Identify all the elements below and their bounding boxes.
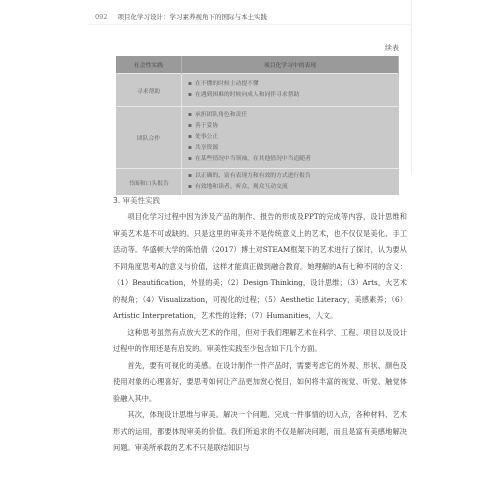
running-header: 092 项目化学习设计：学习素养视角下的国际与本土实践	[95, 12, 267, 21]
body-text: 项目化学习过程中因为涉及产品的制作、报告的形成及PPT的完成等内容，设计思维和审…	[113, 209, 407, 457]
bullet-item: 共享资源	[188, 143, 393, 154]
items-cell: 承担团队角色和责任 善于妥协 处事公正 共享资源 在某些情况中当领袖，在其他情况…	[182, 107, 399, 169]
bullet-item: 处事公正	[188, 132, 393, 143]
items-cell: 以正确的、富有表现力和有效的方式进行报告 有效地和读者、听众、观众互动交流	[182, 169, 399, 196]
category-cell: 寻求帮助	[116, 74, 182, 107]
category-cell: 书面和口头报告	[116, 169, 182, 196]
bullet-item: 在不懂的时候主动提不懂	[188, 79, 393, 90]
bullet-item: 善于妥协	[188, 121, 393, 132]
table-header-row: 社会性实践 项目化学习中的表现	[116, 56, 399, 74]
bullet-item: 承担团队角色和责任	[188, 110, 393, 121]
paragraph: 首先，要有可视化的美感。在设计制作一件产品时，需要考虑它的外观、形状、颜色及使用…	[113, 358, 407, 408]
paragraph: 项目化学习过程中因为涉及产品的制作、报告的形成及PPT的完成等内容，设计思维和审…	[113, 209, 407, 325]
column-header: 项目化学习中的表现	[182, 56, 399, 74]
bullet-item: 有效地和读者、听众、观众互动交流	[188, 182, 393, 193]
paragraph: 这种思考虽然有点放大艺术的作用，但对于我们理解艺术在科学、工程、项目以及设计过程…	[113, 325, 407, 358]
category-cell: 团队合作	[116, 107, 182, 169]
page-number: 092	[95, 13, 107, 21]
social-practice-table: 社会性实践 项目化学习中的表现 寻求帮助 在不懂的时候主动提不懂 在遇到困难的时…	[116, 56, 399, 195]
table-continuation-label: 续表	[385, 43, 399, 53]
column-header: 社会性实践	[116, 56, 182, 74]
table-row: 书面和口头报告 以正确的、富有表现力和有效的方式进行报告 有效地和读者、听众、观…	[116, 169, 399, 196]
page-edge	[411, 0, 412, 175]
paragraph: 其次，体现设计思维与审美。解决一个问题、完成一件事情的切入点，各种材料、艺术形式…	[113, 407, 407, 457]
bullet-item: 在遇到困难的时候向成人和同伴寻求帮助	[188, 90, 393, 101]
table-row: 团队合作 承担团队角色和责任 善于妥协 处事公正 共享资源 在某些情况中当领袖，…	[116, 107, 399, 169]
table-row: 寻求帮助 在不懂的时候主动提不懂 在遇到困难的时候向成人和同伴寻求帮助	[116, 74, 399, 107]
book-title: 项目化学习设计：学习素养视角下的国际与本土实践	[118, 13, 268, 21]
bullet-item: 以正确的、富有表现力和有效的方式进行报告	[188, 171, 393, 182]
items-cell: 在不懂的时候主动提不懂 在遇到困难的时候向成人和同伴寻求帮助	[182, 74, 399, 107]
header-rule	[88, 24, 412, 25]
bullet-item: 在某些情况中当领袖，在其他情况中当追随者	[188, 154, 393, 165]
section-heading: 3. 审美性实践	[113, 195, 160, 206]
